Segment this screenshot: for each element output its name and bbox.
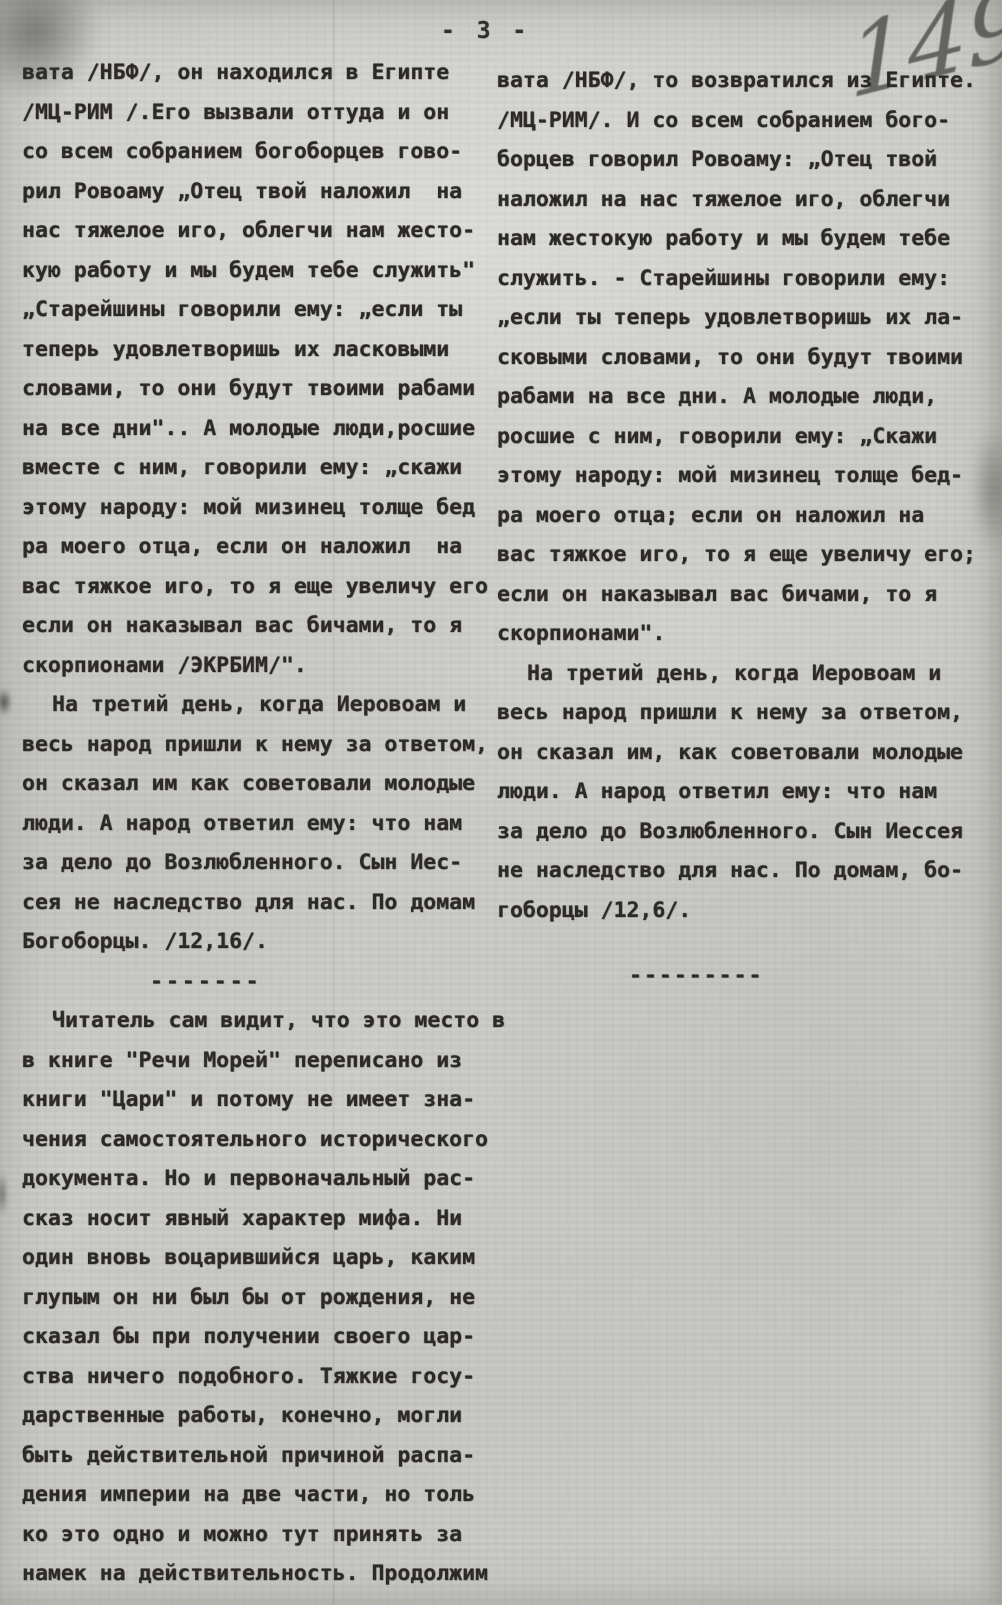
text-line: борцев говорил Ровоаму: „Отец твой bbox=[497, 140, 999, 180]
text-line: если он наказывал вас бичами, то я bbox=[497, 575, 999, 615]
text-line: кую работу и мы будем тебе служить" bbox=[22, 251, 492, 291]
text-line: ства ничего подобного. Тяжкие госу- bbox=[22, 1357, 492, 1397]
text-line: наложил на нас тяжелое иго, облегчи bbox=[497, 180, 999, 220]
text-line: словами, то они будут твоими рабами bbox=[22, 369, 492, 409]
page-number: - 3 - bbox=[441, 16, 530, 46]
text-line: сковыми словами, то они будут твоими bbox=[497, 338, 999, 378]
text-line: люди. А народ ответил ему: что нам bbox=[22, 804, 492, 844]
text-line: ра моего отца; если он наложил на bbox=[497, 496, 999, 536]
text-line: скорпионами /ЭКРБИМ/". bbox=[22, 646, 492, 686]
text-line: он сказал им, как советовали молодые bbox=[497, 733, 999, 773]
text-line: рил Ровоаму „Отец твой наложил на bbox=[22, 172, 492, 212]
text-line: „Старейшины говорили ему: „если ты bbox=[22, 290, 492, 330]
text-line: теперь удовлетворишь их ласковыми bbox=[22, 330, 492, 370]
right-column: вата /НБФ/, то возвратился из Египте. /М… bbox=[497, 61, 999, 996]
text-line: вас тяжкое иго, то я еще увеличу его; bbox=[497, 535, 999, 575]
text-line: ко это одно и можно тут принять за bbox=[22, 1515, 492, 1555]
text-line: за дело до Возлюбленного. Сын Иессея bbox=[497, 812, 999, 852]
text-line: скорпионами". bbox=[497, 614, 999, 654]
text-line: вата /НБФ/, он находился в Египте bbox=[22, 53, 492, 93]
text-line: вас тяжкое иго, то я еще увеличу его bbox=[22, 567, 492, 607]
text-line: росшие с ним, говорили ему: „Скажи bbox=[497, 417, 999, 457]
text-line: не наследство для нас. По домам, бо- bbox=[497, 851, 999, 891]
text-line: „если ты теперь удовлетворишь их ла- bbox=[497, 298, 999, 338]
text-line: нам жестокую работу и мы будем тебе bbox=[497, 219, 999, 259]
text-line: /МЦ-РИМ/. И со всем собранием бого- bbox=[497, 101, 999, 141]
text-line: в книге "Речи Морей" переписано из bbox=[22, 1041, 492, 1081]
text-line: Читатель сам видит, что это место в bbox=[22, 1001, 492, 1041]
text-line: рабами на все дни. А молодые люди, bbox=[497, 377, 999, 417]
text-line: дения империи на две части, но толь bbox=[22, 1475, 492, 1515]
dash-separator: --------- bbox=[497, 956, 999, 996]
text-line: вата /НБФ/, то возвратился из Египте. bbox=[497, 61, 999, 101]
text-line: ра моего отца, если он наложил на bbox=[22, 527, 492, 567]
left-column: вата /НБФ/, он находился в Египте /МЦ-РИ… bbox=[22, 53, 492, 1594]
text-line: сея не наследство для нас. По домам bbox=[22, 883, 492, 923]
text-line: гоборцы /12,6/. bbox=[497, 891, 999, 931]
text-line: книги "Цари" и потому не имеет зна- bbox=[22, 1080, 492, 1120]
dash-separator: ------- bbox=[22, 962, 492, 1002]
scanned-page: - 3 - 149 вата /НБФ/, он находился в Еги… bbox=[0, 0, 1002, 1605]
text-line: весь народ пришли к нему за ответом, bbox=[497, 693, 999, 733]
text-line: люди. А народ ответил ему: что нам bbox=[497, 772, 999, 812]
text-line: дарственные работы, конечно, могли bbox=[22, 1396, 492, 1436]
text-line: /МЦ-РИМ /.Его вызвали оттуда и он bbox=[22, 93, 492, 133]
text-line: намек на действительность. Продолжим bbox=[22, 1554, 492, 1594]
text-line: нас тяжелое иго, облегчи нам жесто- bbox=[22, 211, 492, 251]
text-line: сказал бы при получении своего цар- bbox=[22, 1317, 492, 1357]
text-line: служить. - Старейшины говорили ему: bbox=[497, 259, 999, 299]
text-line: этому народу: мой мизинец толще бед- bbox=[497, 456, 999, 496]
text-line: он сказал им как советовали молодые bbox=[22, 764, 492, 804]
text-line: если он наказывал вас бичами, то я bbox=[22, 606, 492, 646]
text-line: весь народ пришли к нему за ответом, bbox=[22, 725, 492, 765]
text-line: чения самостоятельного исторического bbox=[22, 1120, 492, 1160]
scan-speck bbox=[0, 688, 12, 716]
text-line: документа. Но и первоначальный рас- bbox=[22, 1159, 492, 1199]
text-line: вместе с ним, говорили ему: „скажи bbox=[22, 448, 492, 488]
text-line: На третий день, когда Иеровоам и bbox=[22, 685, 492, 725]
text-line: за дело до Возлюбленного. Сын Иес- bbox=[22, 843, 492, 883]
text-line: сказ носит явный характер мифа. Ни bbox=[22, 1199, 492, 1239]
text-line: быть действительной причиной распа- bbox=[22, 1436, 492, 1476]
text-line: один вновь воцарившийся царь, каким bbox=[22, 1238, 492, 1278]
text-line: этому народу: мой мизинец толще бед bbox=[22, 488, 492, 528]
text-line: глупым он ни был бы от рождения, не bbox=[22, 1278, 492, 1318]
text-line: со всем собранием богоборцев гово- bbox=[22, 132, 492, 172]
scan-speck bbox=[0, 1172, 8, 1216]
text-line: на все дни".. А молодые люди,росшие bbox=[22, 409, 492, 449]
text-line: На третий день, когда Иеровоам и bbox=[497, 654, 999, 694]
text-line: Богоборцы. /12,16/. bbox=[22, 922, 492, 962]
